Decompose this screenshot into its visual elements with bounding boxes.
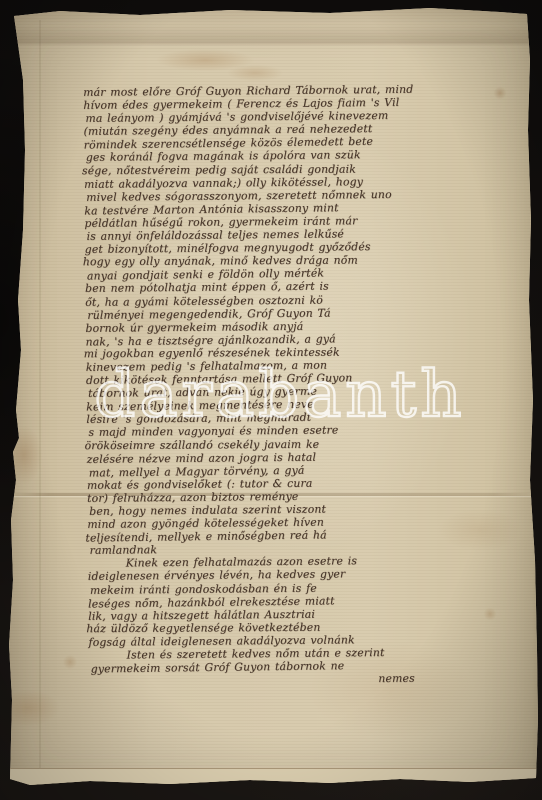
letter-line: örököseimre szállandó csekély javaim ke (85, 436, 471, 451)
handwritten-letter-text: már most előre Gróf Guyon Richard Táborn… (83, 82, 473, 688)
letter-line: mi jogokban egyenlő részesének tekintess… (84, 345, 470, 360)
photographed-letter: már most előre Gróf Guyon Richard Táborn… (0, 0, 542, 800)
letter-line: ház üldöző kegyetlensége következtében (86, 620, 472, 635)
paper-sheet: már most előre Gróf Guyon Richard Táborn… (0, 0, 542, 800)
letter-line: sége, nőtestvéreim pedig saját családi g… (82, 161, 468, 176)
vertical-fold-crease (39, 20, 41, 780)
